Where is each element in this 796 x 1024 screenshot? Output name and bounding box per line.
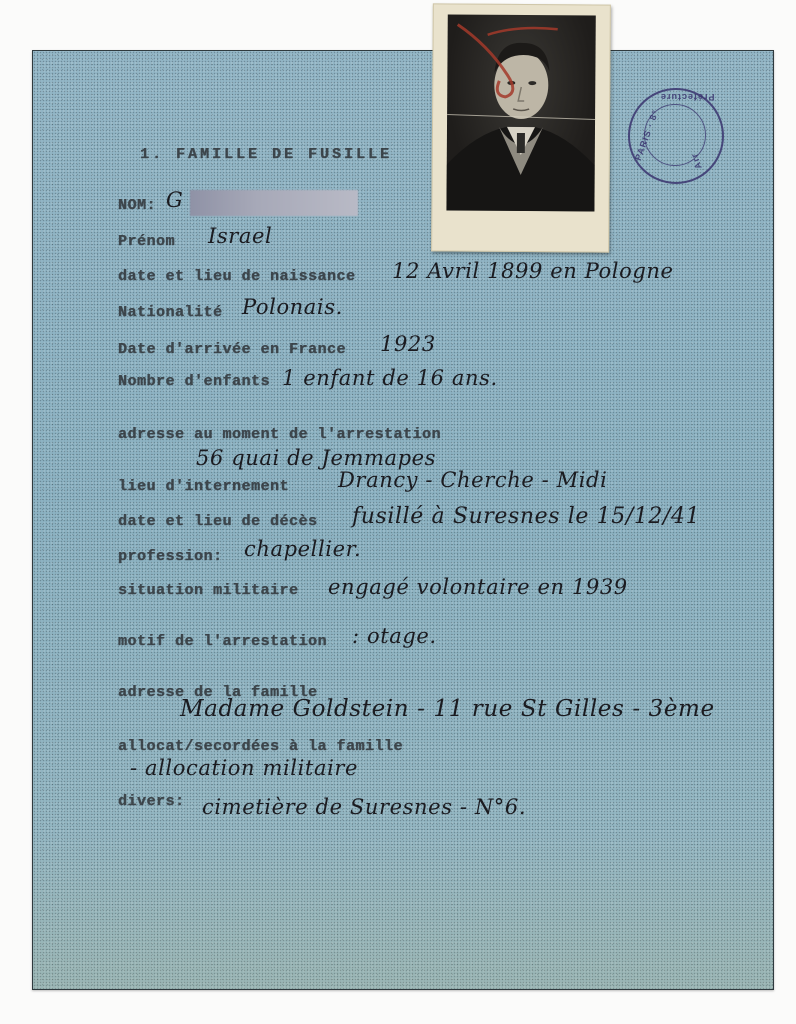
stamp-bottom-text: Arr	[689, 152, 704, 171]
value-arrivee: 1923	[380, 332, 436, 356]
label-naissance: date et lieu de naissance	[118, 268, 356, 285]
value-divers: cimetière de Suresnes - N°6.	[202, 795, 526, 819]
label-internement: lieu d'internement	[118, 478, 289, 495]
value-allocations: - allocation militaire	[130, 756, 358, 780]
stamp-left-text: PARIS · 8°	[633, 108, 661, 162]
label-arrivee: Date d'arrivée en France	[118, 341, 346, 358]
value-adresse-arrestation: 56 quai de Jemmapes	[196, 446, 436, 470]
label-motif: motif de l'arrestation	[118, 633, 327, 650]
portrait-illustration	[446, 14, 595, 211]
label-allocations: allocat/secordées à la famille	[118, 738, 403, 755]
label-divers: divers:	[118, 793, 185, 810]
label-deces: date et lieu de décès	[118, 513, 318, 530]
value-enfants: 1 enfant de 16 ans.	[282, 366, 498, 390]
label-nationalite: Nationalité	[118, 304, 223, 321]
label-nom: NOM:	[118, 197, 156, 214]
label-militaire: situation militaire	[118, 582, 299, 599]
value-deces: fusillé à Suresnes le 15/12/41	[352, 504, 700, 529]
value-internement: Drancy - Cherche - Midi	[338, 468, 607, 492]
value-motif: : otage.	[352, 624, 437, 648]
label-adresse-arrestation: adresse au moment de l'arrestation	[118, 426, 441, 443]
value-profession: chapellier.	[244, 537, 361, 561]
id-photo	[431, 3, 611, 252]
value-nationalite: Polonais.	[242, 295, 343, 319]
value-adresse-famille: Madame Goldstein - 11 rue St Gilles - 3è…	[180, 696, 715, 722]
redaction-bar	[190, 190, 358, 216]
stamp-top-text: Préfecture	[660, 92, 715, 102]
document-title: 1. FAMILLE DE FUSILLE	[140, 146, 392, 163]
label-profession: profession:	[118, 548, 223, 565]
label-prenom: Prénom	[118, 233, 175, 250]
prefecture-stamp: Préfecture PARIS · 8° Arr	[628, 88, 724, 184]
value-militaire: engagé volontaire en 1939	[328, 575, 628, 599]
value-prenom: Israel	[208, 224, 272, 248]
label-enfants: Nombre d'enfants	[118, 373, 270, 390]
portrait-image	[446, 14, 595, 211]
value-naissance: 12 Avril 1899 en Pologne	[392, 259, 674, 283]
value-nom: G	[166, 188, 183, 212]
